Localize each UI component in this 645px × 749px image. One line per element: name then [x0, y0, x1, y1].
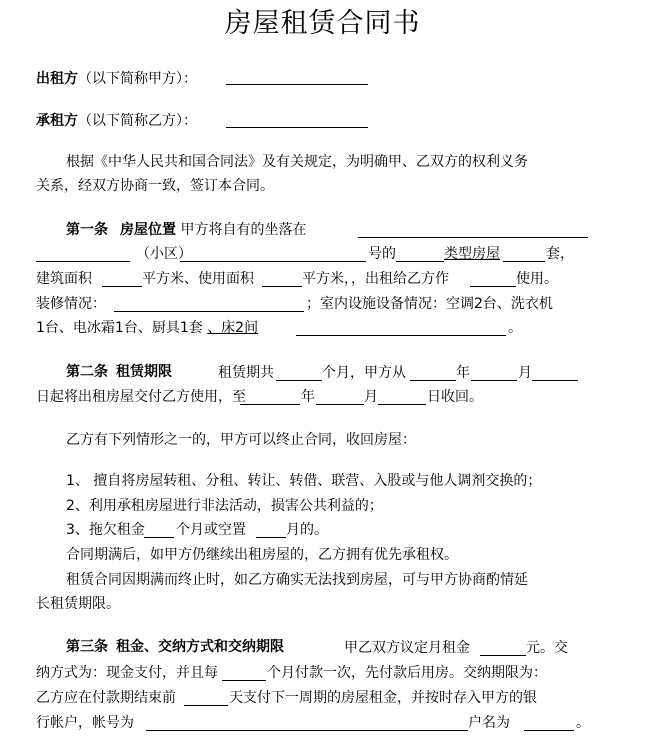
facilities-text: ；室内设施设备情况：空调2台、洗衣机: [306, 295, 553, 313]
period-mark: 。: [508, 319, 522, 337]
house-type-text: 类型房屋: [444, 246, 500, 262]
article3-title: 租金、交纳方式和交纳期限: [116, 639, 284, 655]
article1-text-1: 甲方将自有的坐落在: [180, 222, 306, 238]
building-area-field[interactable]: [102, 286, 142, 287]
item3-text-b: 个月或空置: [176, 521, 246, 539]
address-field[interactable]: [358, 237, 588, 238]
end-month-label: 月: [364, 388, 378, 406]
payment-deposit-text: 天支付下一周期的房屋租金，并按时存入甲方的银: [229, 689, 537, 707]
community-field[interactable]: [180, 261, 366, 262]
account-name-label: 户名为: [468, 714, 510, 732]
vacancy-months-field[interactable]: [256, 537, 286, 538]
extension-line-1: 租赁合同因期满而终止时，如乙方确实无法找到房屋，可与甲方协商酌情延: [66, 571, 528, 589]
article2-title: 租赁期限: [116, 364, 172, 380]
rent-label: 甲乙双方议定月租金: [344, 639, 470, 657]
start-year-field[interactable]: [410, 380, 456, 381]
item3-text-a: 3、拖欠租金: [66, 522, 145, 538]
termination-item-2: 2、利用承租房屋进行非法活动，损害公共利益的；: [66, 497, 383, 515]
days-before-field[interactable]: [184, 705, 228, 706]
building-area-label: 建筑面积: [36, 271, 92, 287]
number-of-label: 号的: [368, 245, 396, 263]
payment-interval-text: 个月付款一次，先付款后用房。交纳期限为：: [267, 664, 547, 682]
community-label: （小区）: [136, 246, 192, 262]
start-month-field[interactable]: [471, 380, 517, 381]
end-year-label: 年: [301, 388, 315, 406]
usable-area-text: 平方米、使用面积: [142, 271, 254, 287]
account-name-field[interactable]: [524, 730, 574, 731]
rent-unit-text: 元。交: [526, 639, 568, 657]
start-month-label: 月: [518, 364, 532, 382]
termination-item-1: 1、 擅自将房屋转租、分租、转让、转借、联营、入股或与他人调剂交换的；: [66, 472, 541, 490]
lessor-label: 出租方: [36, 71, 78, 87]
usable-area-label: 平方米、使用面积: [142, 270, 254, 288]
arrears-months-field[interactable]: [144, 537, 174, 538]
lessee-label: 承租方: [36, 113, 78, 129]
decoration-label: 装修情况：: [36, 295, 106, 313]
payment-interval-field[interactable]: [222, 680, 266, 681]
start-year-label: 年: [456, 364, 470, 382]
lessor-note: （以下简称甲方）：: [78, 71, 197, 87]
article2-number: 第二条: [66, 364, 108, 380]
article3-number: 第三条: [66, 639, 108, 655]
account-label: 行帐户，帐号为: [36, 714, 134, 732]
termination-item-3: 3、拖欠租金: [66, 521, 145, 539]
preamble-line-2: 关系，经双方协商一致，签订本合同。: [36, 177, 274, 195]
purpose-field[interactable]: [470, 286, 516, 287]
set-text: 套，: [546, 246, 574, 262]
purpose-label: 平方米，，出租给乙方作: [302, 270, 449, 288]
article2-heading-row: 第二条租赁期限: [66, 363, 172, 381]
number-of-text: 号的: [368, 246, 396, 262]
article1-heading-row: 第一条房屋位置 甲方将自有的坐落在: [66, 221, 306, 239]
recover-text: 日收回。: [427, 388, 483, 406]
appliances-text: 1台、电冰霜1台、厨具1套: [36, 320, 203, 336]
account-number-field[interactable]: [146, 730, 468, 731]
monthly-rent-field[interactable]: [480, 655, 526, 656]
article1-line-3: 建筑面积: [36, 270, 92, 288]
article1-number: 第一条: [66, 222, 108, 238]
set-label: 套，: [546, 245, 574, 263]
end-day-field[interactable]: [378, 404, 426, 405]
article1-title: 房屋位置: [120, 222, 176, 238]
start-day-field[interactable]: [532, 380, 578, 381]
preamble-line-1: 根据《中华人民共和国合同法》及有关规定，为明确甲、乙双方的权利义务: [66, 153, 528, 171]
decoration-field[interactable]: [114, 311, 304, 312]
purpose-text: 平方米，，出租给乙方作: [302, 271, 449, 287]
usable-area-field[interactable]: [262, 286, 302, 287]
article3-heading-row: 第三条租金、交纳方式和交纳期限: [66, 638, 284, 656]
lessor-row: 出租方（以下简称甲方）：: [36, 70, 197, 88]
termination-intro: 乙方有下列情形之一的，甲方可以终止合同，收回房屋：: [66, 431, 416, 449]
use-label: 使用。: [516, 270, 558, 288]
lessee-row: 承租方（以下简称乙方）：: [36, 112, 197, 130]
term-label: 租赁期共: [218, 364, 274, 382]
term-months-field[interactable]: [276, 380, 322, 381]
district-field[interactable]: [36, 261, 130, 262]
payment-deadline-text: 乙方应在付款期结束前: [36, 689, 176, 707]
room-type-field[interactable]: [396, 261, 444, 262]
document-title: 房屋租赁合同书: [0, 6, 645, 42]
payment-method-text: 纳方式为：现金支付，并且每: [36, 664, 218, 682]
article1-line-5: 1台、电冰霜1台、厨具1套 、床2间: [36, 319, 258, 337]
delivery-text: 日起将出租房屋交付乙方使用，至: [36, 388, 246, 406]
end-year-field[interactable]: [240, 404, 300, 405]
unit-count-field[interactable]: [503, 261, 545, 262]
lessee-name-field[interactable]: [226, 127, 368, 128]
lessor-name-field[interactable]: [226, 84, 368, 85]
bed-text: 、床2间: [207, 320, 258, 336]
final-period: 。: [576, 714, 590, 732]
item3-text-c: 月的。: [286, 521, 328, 539]
house-type-label: 类型房屋: [444, 245, 500, 263]
end-month-field[interactable]: [316, 404, 364, 405]
from-label: 个月，甲方从: [322, 364, 406, 382]
renewal-text: 合同期满后，如甲方仍继续出租房屋的，乙方拥有优先承租权。: [66, 546, 458, 564]
other-facilities-field[interactable]: [296, 335, 506, 336]
decoration-text: 装修情况：: [36, 296, 106, 312]
extension-line-2: 长租赁期限。: [36, 595, 120, 613]
use-text: 使用。: [516, 271, 558, 287]
lessee-note: （以下简称乙方）：: [78, 113, 197, 129]
